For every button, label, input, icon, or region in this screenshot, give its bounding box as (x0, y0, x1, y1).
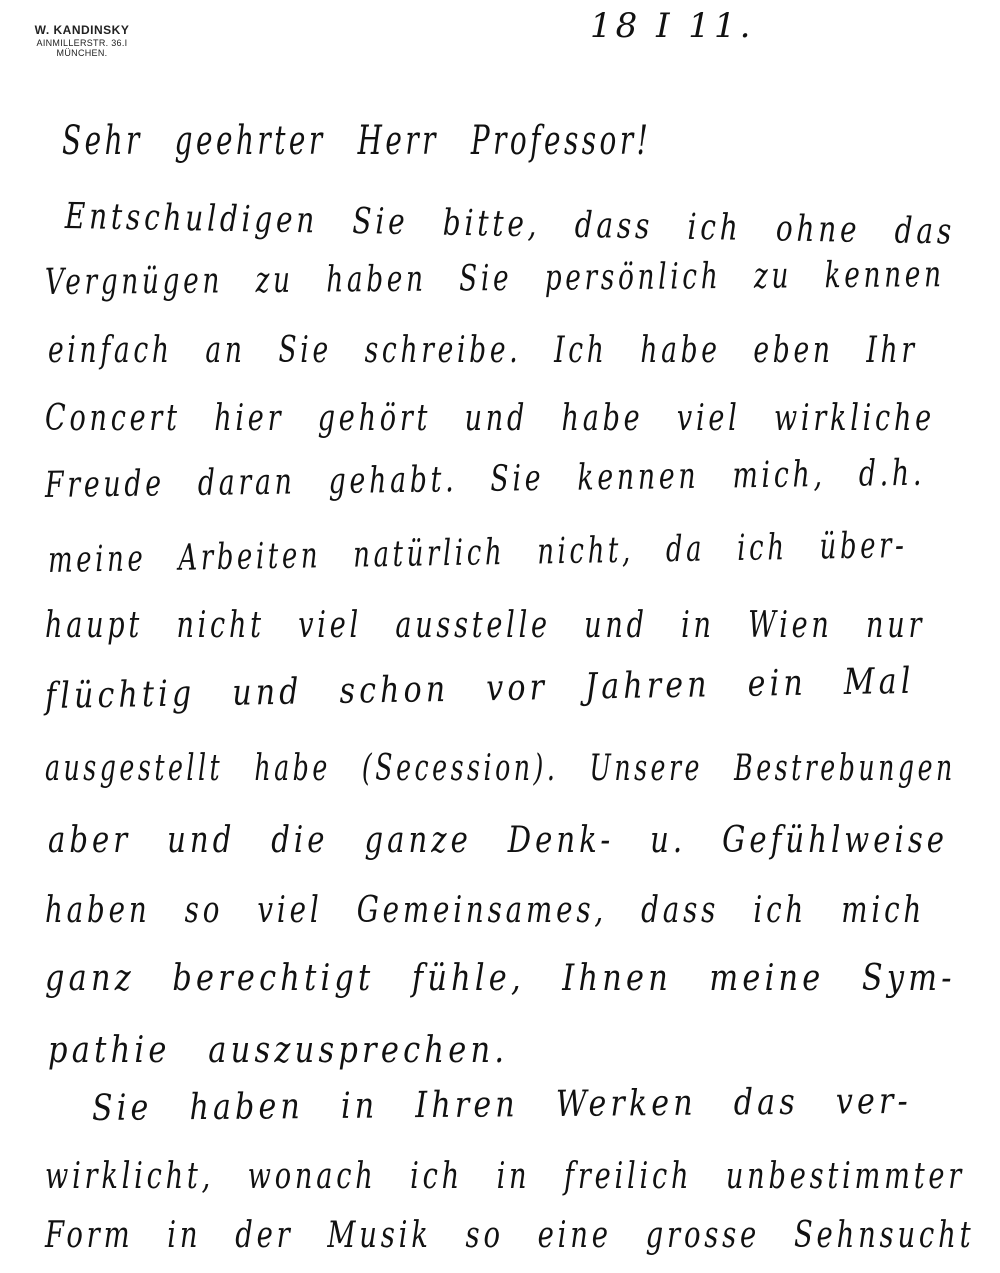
letter-line-14: Sie haben in Ihren Werken das ver- (92, 1081, 912, 1129)
letter-line-12: ganz berechtigt fühle, Ihnen meine Sym- (45, 958, 956, 999)
letter-page: W. KANDINSKY AINMILLERSTR. 36.I MÜNCHEN.… (0, 0, 1000, 1273)
letter-date: 18 I 11. (590, 6, 754, 46)
letter-line-11: haben so viel Gemeinsames, dass ich mich (45, 890, 925, 931)
letter-line-3: einfach an Sie schreibe. Ich habe eben I… (48, 330, 918, 371)
letter-line-10: aber und die ganze Denk- u. Gefühlweise (48, 820, 948, 861)
letterhead-name: W. KANDINSKY (22, 24, 142, 38)
letter-line-1: Entschuldigen Sie bitte, dass ich ohne d… (65, 196, 956, 253)
letter-line-16: Form in der Musik so eine grosse Sehnsuc… (45, 1215, 974, 1256)
letter-line-15: wirklicht, wonach ich in freilich unbest… (45, 1156, 965, 1197)
letterhead: W. KANDINSKY AINMILLERSTR. 36.I MÜNCHEN. (22, 24, 142, 58)
salutation: Sehr geehrter Herr Professor! (62, 118, 651, 164)
letter-line-4: Concert hier gehört und habe viel wirkli… (45, 398, 935, 439)
letterhead-city: MÜNCHEN. (22, 48, 142, 58)
letterhead-street: AINMILLERSTR. 36.I (22, 38, 142, 48)
letter-line-2: Vergnügen zu haben Sie persönlich zu ken… (45, 254, 945, 303)
letter-line-9: ausgestellt habe (Secession). Unsere Bes… (45, 748, 956, 789)
letter-line-13: pathie auszusprechen. (48, 1030, 508, 1071)
letter-line-8: flüchtig und schon vor Jahren ein Mal (45, 661, 915, 717)
letter-line-6: meine Arbeiten natürlich nicht, da ich ü… (48, 525, 908, 581)
letter-line-5: Freude daran gehabt. Sie kennen mich, d.… (45, 453, 926, 506)
letter-line-7: haupt nicht viel ausstelle und in Wien n… (45, 605, 925, 646)
